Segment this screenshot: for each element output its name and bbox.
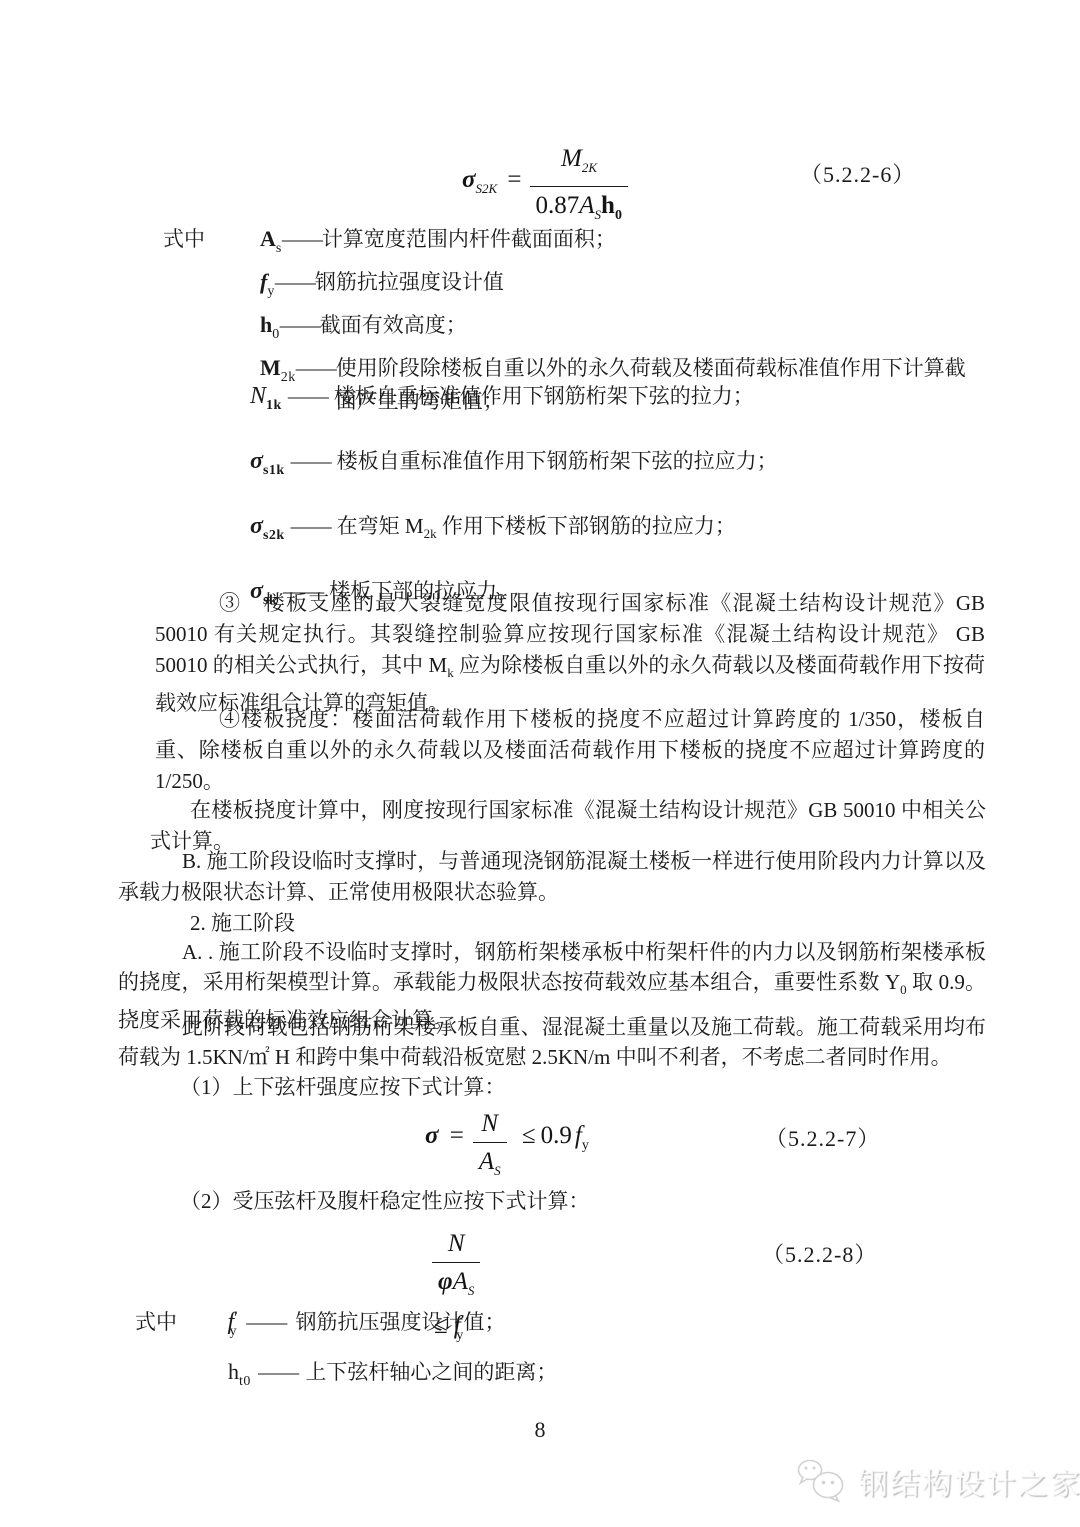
definition-row: 式中 f′y —— 钢筋抗压强度设计值； xyxy=(135,1303,505,1347)
equation-number: （5.2.2-6） xyxy=(800,158,915,189)
formula-5-2-2-6: σS2K =M2K0.87ASh0 xyxy=(462,143,632,231)
fraction: NAS xyxy=(473,1108,507,1186)
item-1-label: （1）上下弦杆强度应按下式计算： xyxy=(180,1072,506,1103)
paragraph-crack-width: ③ 楼板支座的最大裂缝宽度限值按现行国家标准《混凝土结构设计规范》GB 5001… xyxy=(155,588,985,719)
definition-row: ht0 —— 上下弦杆轴心之间的距离； xyxy=(228,1356,557,1397)
definition-row: h0 —— 截面有效高度； xyxy=(163,308,985,351)
fraction: NφAS xyxy=(432,1228,480,1306)
document-page: σS2K =M2K0.87ASh0 （5.2.2-6） 式中 As —— 计算宽… xyxy=(0,0,1080,1527)
equation-number: （5.2.2-8） xyxy=(762,1238,877,1269)
watermark-text: 钢结构设计之家 xyxy=(858,1459,1080,1503)
page-number: 8 xyxy=(0,1417,1080,1443)
fraction: M2K0.87ASh0 xyxy=(530,143,629,231)
definition-row: N1k —— 楼板自重标准值作用下钢筋桁架下弦的拉力； xyxy=(250,380,985,422)
definition-row: 式中 As —— 计算宽度范围内杆件截面面积； xyxy=(163,222,985,265)
definition-row: fy —— 钢筋抗拉强度设计值 xyxy=(163,265,985,308)
heading-construction-stage: 2. 施工阶段 xyxy=(190,908,295,939)
wechat-icon xyxy=(795,1458,849,1504)
watermark: 钢结构设计之家 xyxy=(795,1455,1065,1507)
shizhong-label: 式中 xyxy=(163,223,260,256)
paragraph-b-temporary-support: B. 施工阶段设临时支撑时，与普通现浇钢筋混凝土楼板一样进行使用阶段内力计算以及… xyxy=(118,846,986,908)
formula-5-2-2-7: σ =NAS ≤0.9fy xyxy=(425,1108,589,1186)
paragraph-deflection-limit: ④楼板挠度：楼面活荷载作用下楼板的挠度不应超过计算跨度的 1/350，楼板自重、… xyxy=(155,704,985,797)
definition-row: σs1k —— 楼板自重标准值作用下钢筋桁架下弦的拉应力； xyxy=(250,445,985,487)
definition-row: σs2k —— 在弯矩 M2k 作用下楼板下部钢筋的拉应力； xyxy=(250,510,985,552)
paragraph-stage-loads: 此阶段荷载包括钢筋桁架楼承板自重、湿混凝土重量以及施工荷载。施工荷载采用均布荷载… xyxy=(118,1012,986,1072)
equation-number: （5.2.2-7） xyxy=(765,1122,880,1153)
sigma-symbol: σ xyxy=(462,166,475,193)
sigma-symbol: σ xyxy=(425,1122,438,1149)
item-2-label: （2）受压弦杆及腹杆稳定性应按下式计算： xyxy=(180,1186,590,1217)
